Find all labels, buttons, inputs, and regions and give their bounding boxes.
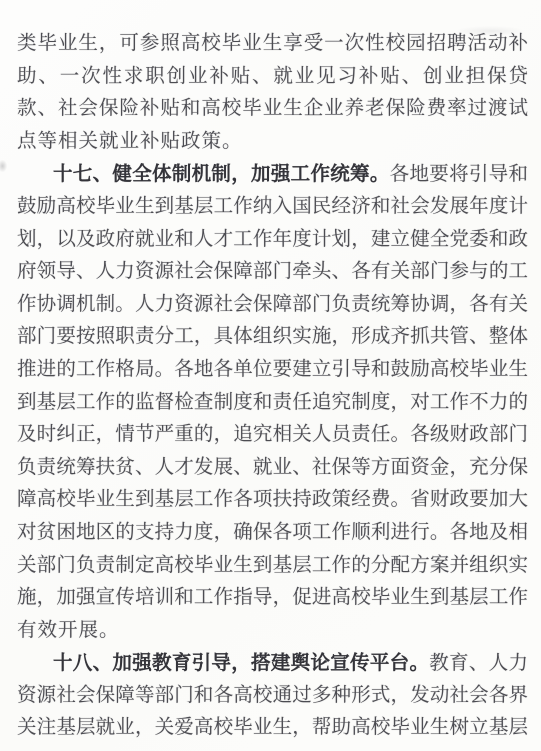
text-line: 部门要按照职责分工，具体组织实施，形成齐抓共管、整体 bbox=[17, 321, 528, 354]
section-17-heading: 十七、健全体制机制，加强工作统筹。 bbox=[53, 163, 390, 185]
text-line: 负责统筹扶贫、人才发展、就业、社保等方面资金，充分保 bbox=[17, 452, 528, 485]
text-line: 对贫困地区的支持力度，确保各项工作顺利进行。各地及相 bbox=[17, 517, 528, 550]
line-text: 对贫困地区的支持力度，确保各项工作顺利进行。各地及相 bbox=[17, 522, 528, 543]
section-heading-line: 十七、健全体制机制，加强工作统筹。各地要将引导和 bbox=[17, 158, 528, 191]
text-line: 款、社会保险补贴和高校毕业生企业养老保险费率过渡试 bbox=[17, 93, 528, 126]
text-line: 作协调机制。人力资源社会保障部门负责统筹协调，各有关 bbox=[17, 289, 528, 322]
section-heading-line: 十八、加强教育引导，搭建舆论宣传平台。教育、人力 bbox=[17, 647, 528, 680]
line-text: 障高校毕业生到基层工作各项扶持政策经费。省财政要加大 bbox=[17, 489, 528, 510]
text-line: 有效开展。 bbox=[17, 615, 528, 648]
line-text: 到基层工作的监督检查制度和责任追究制度，对工作不力的 bbox=[17, 392, 528, 413]
text-line: 障高校毕业生到基层工作各项扶持政策经费。省财政要加大 bbox=[17, 484, 528, 517]
text-line: 关注基层就业，关爱高校毕业生，帮助高校毕业生树立基层 bbox=[17, 712, 528, 745]
section-18-heading: 十八、加强教育引导，搭建舆论宣传平台。 bbox=[53, 652, 429, 674]
line-text: 助、一次性求职创业补贴、就业见习补贴、创业担保贷 bbox=[17, 66, 528, 87]
text-line: 鼓励高校毕业生到基层工作纳入国民经济和社会发展年度计 bbox=[17, 191, 528, 224]
text-line: 助、一次性求职创业补贴、就业见习补贴、创业担保贷 bbox=[17, 61, 528, 94]
line-text: 款、社会保险补贴和高校毕业生企业养老保险费率过渡试 bbox=[17, 98, 528, 119]
scan-artifact-left-edge bbox=[0, 160, 7, 172]
line-text: 施，加强宣传培训和工作指导，促进高校毕业生到基层工作 bbox=[17, 587, 528, 608]
line-text: 及时纠正，情节严重的，追究相关人员责任。各级财政部门 bbox=[17, 424, 528, 445]
line-text: 有效开展。 bbox=[17, 620, 120, 641]
text-line: 类毕业生，可参照高校毕业生享受一次性校园招聘活动补 bbox=[17, 28, 528, 61]
text-line: 府领导、人力资源社会保障部门牵头、各有关部门参与的工 bbox=[17, 256, 528, 289]
line-text: 负责统筹扶贫、人才发展、就业、社保等方面资金，充分保 bbox=[17, 457, 528, 478]
text-line: 及时纠正，情节严重的，追究相关人员责任。各级财政部门 bbox=[17, 419, 528, 452]
line-text: 关部门负责制定高校毕业生到基层工作的分配方案并组织实 bbox=[17, 555, 528, 576]
text-line: 关部门负责制定高校毕业生到基层工作的分配方案并组织实 bbox=[17, 550, 528, 583]
text-line: 点等相关就业补贴政策。 bbox=[17, 126, 528, 159]
document-page: 类毕业生，可参照高校毕业生享受一次性校园招聘活动补 助、一次性求职创业补贴、就业… bbox=[0, 0, 541, 751]
text-line: 施，加强宣传培训和工作指导，促进高校毕业生到基层工作 bbox=[17, 582, 528, 615]
line-text: 鼓励高校毕业生到基层工作纳入国民经济和社会发展年度计 bbox=[17, 196, 528, 217]
line-text: 划，以及政府就业和人才工作年度计划，建立健全党委和政 bbox=[17, 229, 528, 250]
text-line: 到基层工作的监督检查制度和责任追究制度，对工作不力的 bbox=[17, 387, 528, 420]
text-line: 推进的工作格局。各地各单位要建立引导和鼓励高校毕业生 bbox=[17, 354, 528, 387]
line-text: 府领导、人力资源社会保障部门牵头、各有关部门参与的工 bbox=[17, 261, 528, 282]
line-text: 类毕业生，可参照高校毕业生享受一次性校园招聘活动补 bbox=[17, 33, 528, 54]
line-text: 教育、人力 bbox=[429, 653, 528, 674]
document-text: 类毕业生，可参照高校毕业生享受一次性校园招聘活动补 助、一次性求职创业补贴、就业… bbox=[17, 28, 528, 745]
line-text: 作协调机制。人力资源社会保障部门负责统筹协调，各有关 bbox=[17, 294, 528, 315]
line-text: 关注基层就业，关爱高校毕业生，帮助高校毕业生树立基层 bbox=[17, 717, 528, 738]
line-text: 点等相关就业补贴政策。 bbox=[17, 131, 243, 152]
text-line: 资源社会保障等部门和各高校通过多种形式，发动社会各界 bbox=[17, 680, 528, 713]
text-line: 划，以及政府就业和人才工作年度计划，建立健全党委和政 bbox=[17, 224, 528, 257]
line-text: 资源社会保障等部门和各高校通过多种形式，发动社会各界 bbox=[17, 685, 528, 706]
line-text: 部门要按照职责分工，具体组织实施，形成齐抓共管、整体 bbox=[17, 326, 528, 347]
line-text: 各地要将引导和 bbox=[390, 164, 528, 185]
line-text: 推进的工作格局。各地各单位要建立引导和鼓励高校毕业生 bbox=[17, 359, 528, 380]
